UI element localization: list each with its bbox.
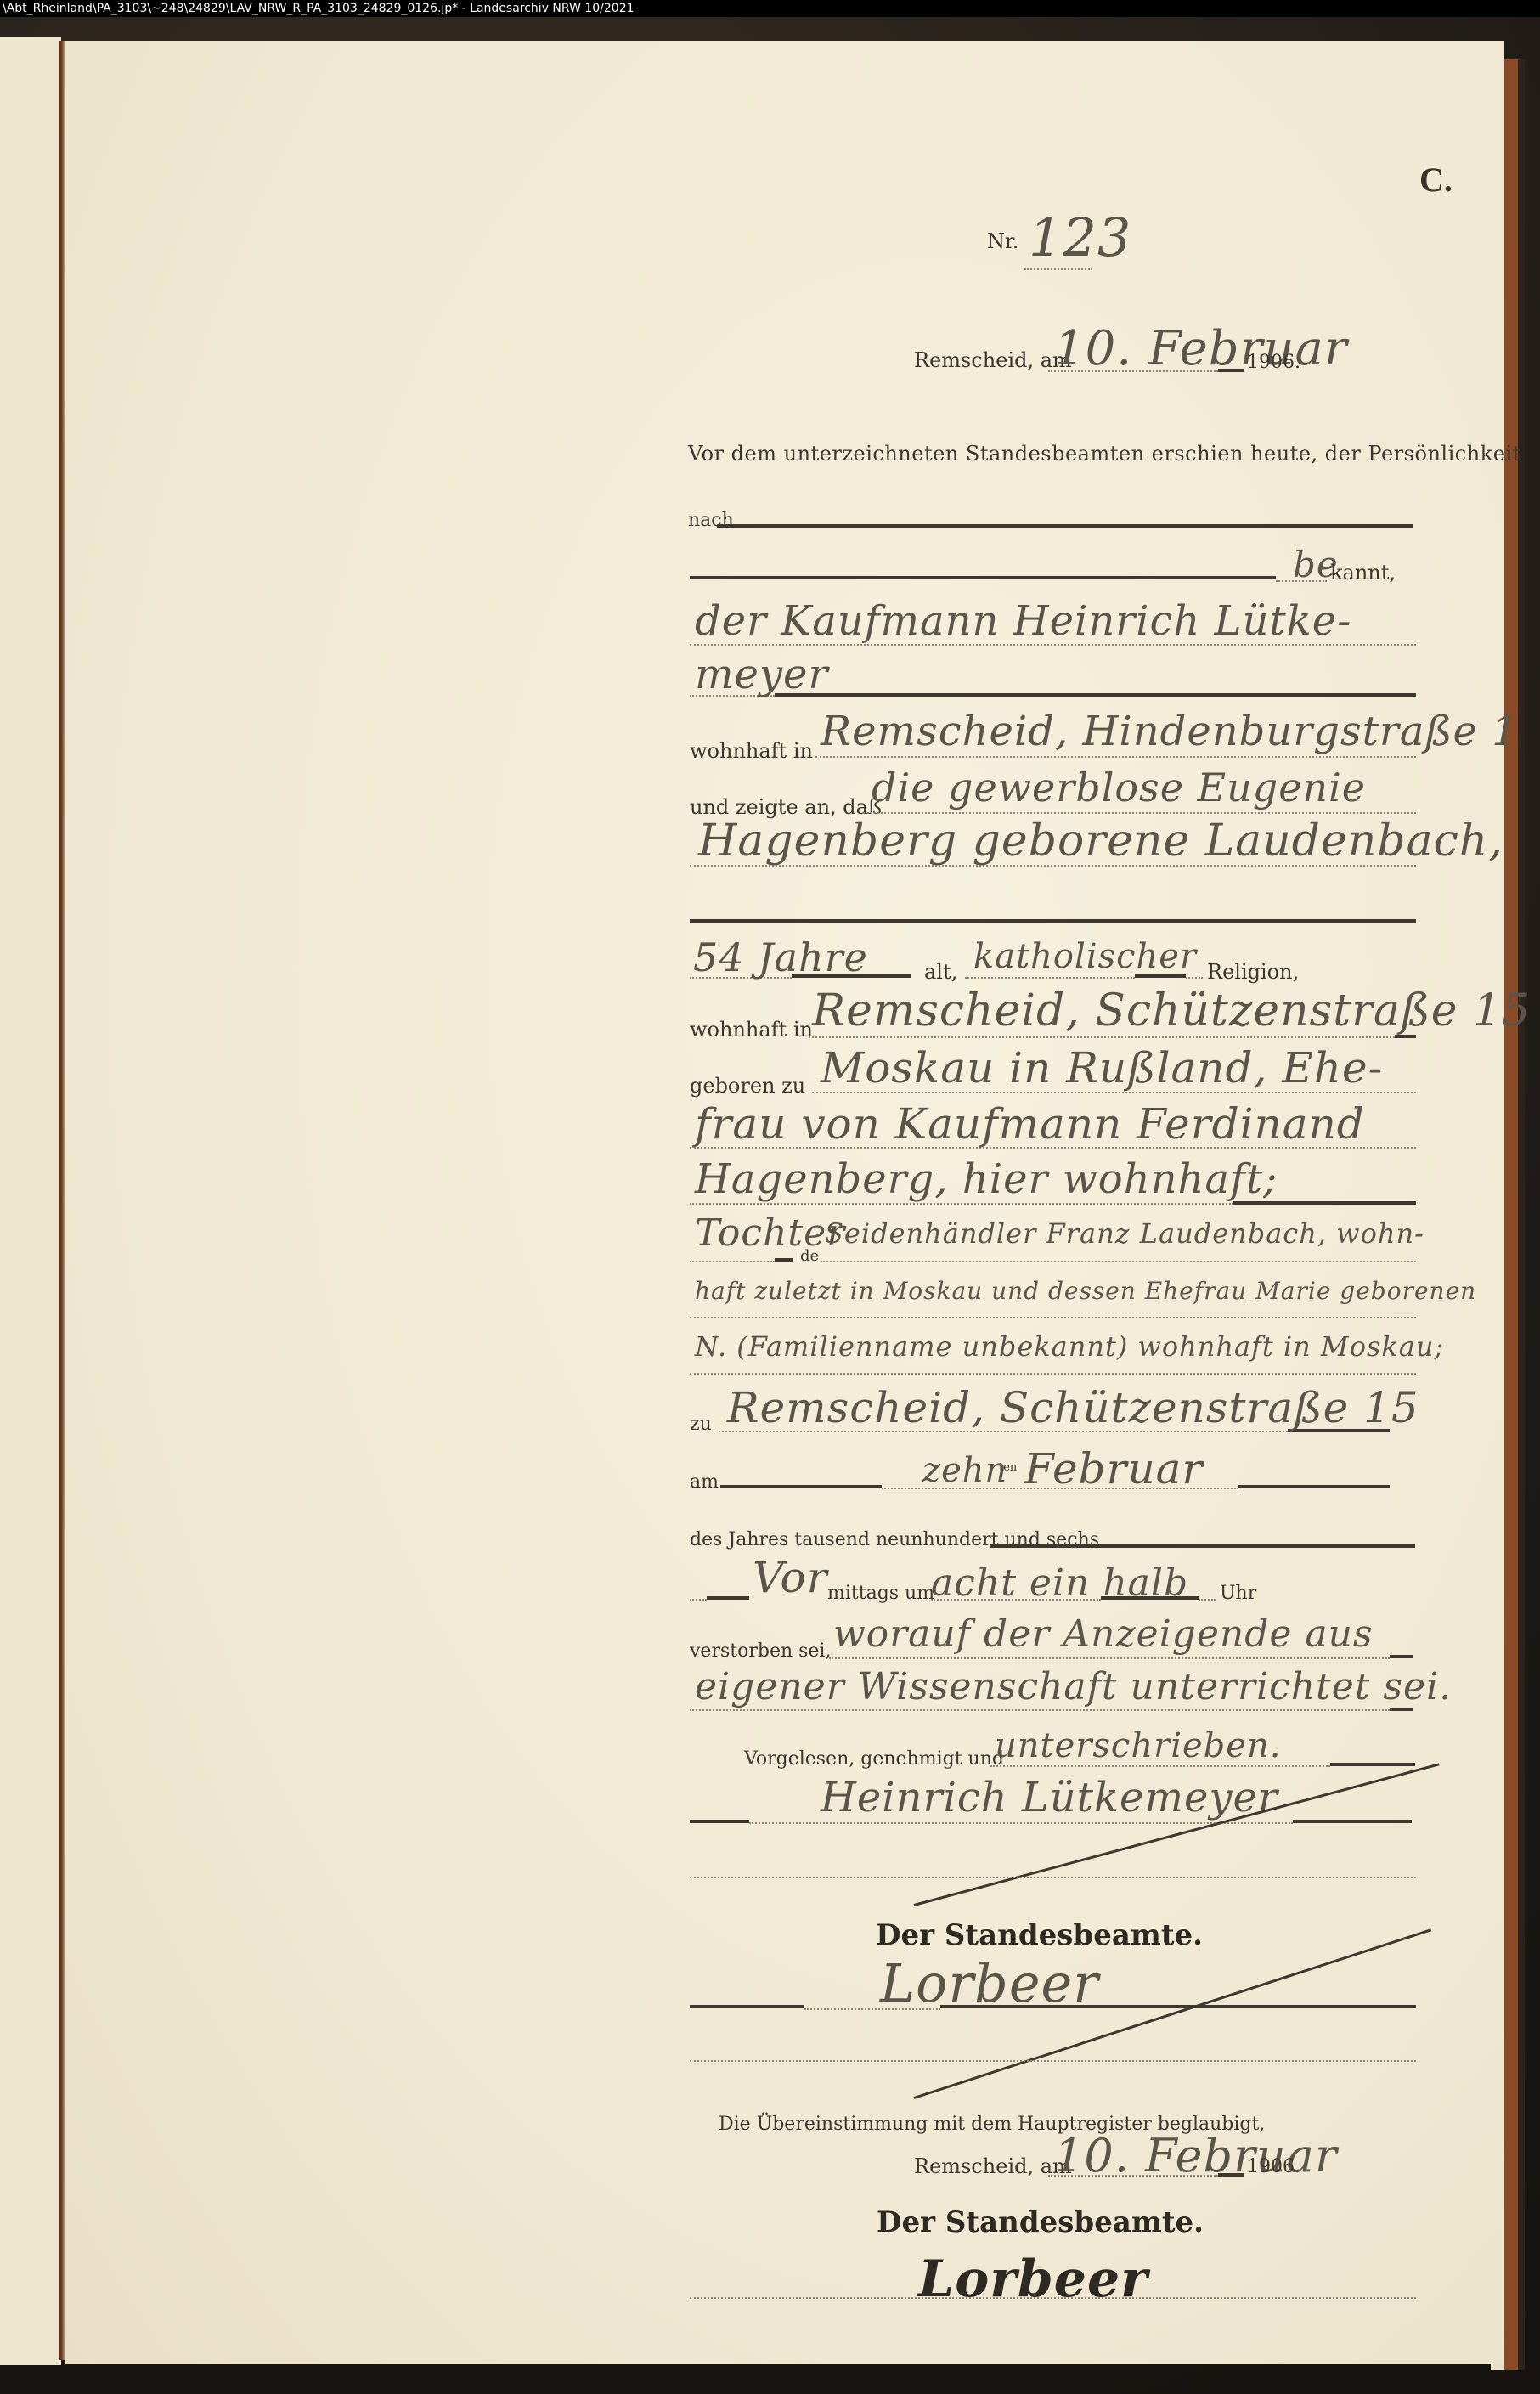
nach-label: nach	[688, 510, 734, 531]
parents-dotted-line-2	[690, 1317, 1416, 1318]
certify-year: 1906.	[1247, 2156, 1300, 2177]
died-dotted-line-2	[690, 1709, 1390, 1711]
deceased-age: 54 Jahre	[693, 934, 868, 980]
announce-dotted-line	[863, 812, 1416, 814]
window-title-bar: \Abt_Rheinland\PA_3103\~248\24829\LAV_NR…	[0, 0, 1540, 17]
deceased-residence-line	[809, 1036, 1395, 1038]
death-place: Remscheid, Schützenstraße 15	[727, 1383, 1419, 1432]
nach-solid-line	[717, 524, 1413, 528]
daughter-dotted-line	[690, 1261, 775, 1262]
religion-dotted-tail	[1186, 977, 1203, 979]
bekannt-label: kannt,	[1330, 561, 1396, 584]
daughter-solid-line	[775, 1258, 793, 1262]
death-date-label: am	[690, 1471, 719, 1493]
death-month: Februar	[1024, 1444, 1203, 1493]
deceased-religion: katholischer	[973, 937, 1197, 976]
blank-dotted-line-1	[690, 1877, 1416, 1878]
registration-year: 1906.	[1247, 352, 1300, 373]
informant-solid-line-2	[775, 693, 1416, 697]
blank-dotted-line-2	[690, 2060, 1416, 2062]
parents-dotted-line-1	[821, 1261, 1416, 1262]
register-page: C. Nr. 123 Remscheid, am 10. Februar 190…	[65, 41, 1504, 2364]
deceased-name-line-1: die gewerblose Eugenie	[872, 765, 1366, 810]
parents-line-2: haft zuletzt in Moskau und dessen Ehefra…	[695, 1277, 1476, 1305]
death-day-suffix: ten	[999, 1461, 1017, 1474]
informant-signature: Heinrich Lütkemeyer	[821, 1774, 1278, 1821]
religion-solid-line	[1135, 974, 1186, 978]
birthplace-line-2: frau von Kaufmann Ferdinand	[695, 1099, 1365, 1149]
parents-dotted-line-3	[690, 1373, 1416, 1375]
registrar-solid-1	[690, 2005, 804, 2008]
died-line-2: eigener Wissenschaft unterrichtet sei.	[695, 1665, 1452, 1708]
informant-name-line-1: der Kaufmann Heinrich Lütke-	[695, 597, 1351, 645]
read-approved-dotted-line	[990, 1765, 1330, 1767]
death-place-label: zu	[690, 1414, 712, 1435]
registration-date: 10. Februar	[1054, 321, 1348, 376]
separator-line	[690, 919, 1416, 923]
intro-text: Vor dem unterzeichneten Standesbeamten e…	[688, 442, 1521, 466]
informant-residence: Remscheid, Hindenburgstraße 1	[821, 708, 1519, 755]
birthplace-line-1: Moskau in Rußland, Ehe-	[821, 1043, 1383, 1093]
number-dotted-line	[1024, 268, 1092, 270]
read-approved-value: unterschrieben.	[995, 1726, 1281, 1765]
religion-dotted-line	[965, 977, 1135, 979]
born-dotted-line-3	[690, 1203, 1233, 1205]
certify-signature: Lorbeer	[918, 2250, 1148, 2309]
death-year-solid-line	[990, 1544, 1415, 1548]
death-day: zehn	[922, 1451, 1007, 1490]
died-dotted-line-1	[829, 1657, 1390, 1659]
certify-registrar-label: Der Standesbeamte.	[877, 2205, 1204, 2239]
informant-name-line-2: meyer	[695, 651, 828, 698]
age-label: alt,	[924, 960, 957, 984]
deceased-name-line-2: Hagenberg geborene Laudenbach,	[698, 816, 1503, 867]
died-label: verstorben sei,	[690, 1640, 831, 1662]
born-label: geboren zu	[690, 1074, 805, 1098]
deceased-residence-label: wohnhaft in	[690, 1018, 813, 1042]
age-solid-line	[792, 974, 911, 978]
religion-label: Religion,	[1207, 960, 1299, 984]
registrar-label: Der Standesbeamte.	[876, 1918, 1203, 1952]
left-page-edge	[0, 37, 61, 2365]
time-dotted-tail	[1199, 1599, 1216, 1601]
number-label: Nr.	[987, 229, 1018, 253]
place-label: Remscheid, am	[914, 348, 1072, 372]
death-date-solid-2	[1238, 1485, 1390, 1488]
form-letter: C.	[1419, 160, 1453, 200]
parents-line-1: Seidenhändler Franz Laudenbach, wohn-	[825, 1217, 1424, 1250]
window-title: \Abt_Rheinland\PA_3103\~248\24829\LAV_NR…	[3, 2, 635, 15]
birthplace-line-3: Hagenberg, hier wohnhaft;	[695, 1155, 1278, 1203]
record-number: 123	[1029, 206, 1131, 268]
informant-residence-line	[815, 756, 1416, 758]
daughter-value: Tochter	[695, 1211, 845, 1255]
time-suffix: Uhr	[1220, 1583, 1256, 1604]
bekannt-solid-line	[690, 576, 1276, 579]
death-date-solid-1	[720, 1485, 882, 1488]
registrar-solid-2	[940, 2005, 1416, 2008]
certify-signature-dotted	[690, 2297, 1416, 2299]
time-label: mittags um	[827, 1583, 934, 1604]
parents-line-3: N. (Familienname unbekannt) wohnhaft in …	[695, 1330, 1444, 1363]
time-prefix: Vor	[753, 1553, 828, 1602]
informant-residence-label: wohnhaft in	[690, 739, 813, 763]
died-solid-1	[1390, 1655, 1413, 1658]
time-solid-lead	[707, 1596, 749, 1600]
informant-signature-solid-2	[1293, 1820, 1412, 1823]
time-solid-line	[1101, 1596, 1199, 1600]
died-line-1: worauf der Anzeigende aus	[833, 1612, 1374, 1656]
read-approved-solid	[1330, 1763, 1415, 1766]
daughter-label: de	[800, 1247, 819, 1265]
deceased-residence: Remscheid, Schützenstraße 15	[812, 985, 1531, 1036]
read-approved-label: Vorgelesen, genehmigt und	[744, 1748, 1004, 1770]
informant-signature-solid-1	[690, 1820, 749, 1823]
time-dotted-lead	[690, 1599, 707, 1601]
